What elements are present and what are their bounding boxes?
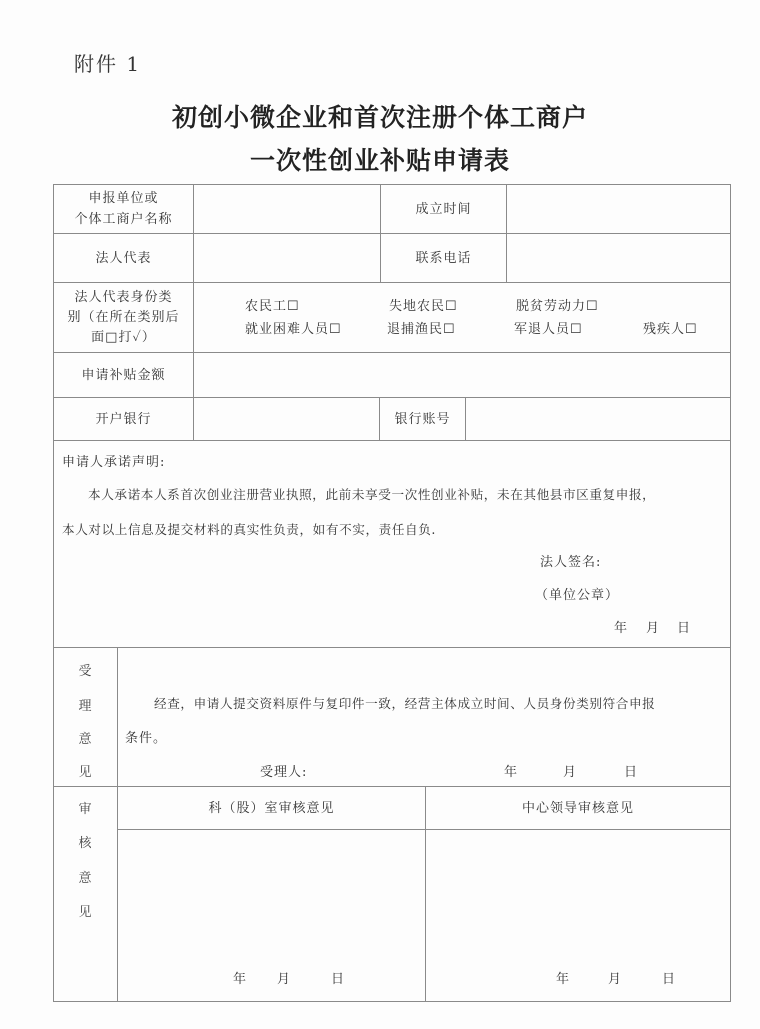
review-side-label-2: 核 xyxy=(75,832,95,851)
declaration-date-year: 年 xyxy=(614,617,628,636)
declaration-date-month: 月 xyxy=(646,617,660,636)
review-side-label-3: 意 xyxy=(75,867,95,886)
form-title-line1: 初创小微企业和首次注册个体工商户 xyxy=(0,98,760,134)
leader-review-date-day: 日 xyxy=(662,968,676,987)
table-border-right xyxy=(730,184,731,1001)
applicant-name-label: 申报单位或 个体工商户名称 xyxy=(54,185,193,233)
phone-field[interactable] xyxy=(507,234,730,282)
declaration-line2: 本人对以上信息及提交材料的真实性负责，如有不实，责任自负. xyxy=(62,519,436,538)
established-date-field[interactable] xyxy=(507,185,730,233)
phone-label: 联系电话 xyxy=(381,234,506,282)
form-title-line2: 一次性创业补贴申请表 xyxy=(0,141,760,177)
account-number-field[interactable] xyxy=(466,398,730,440)
subsidy-amount-label: 申请补贴金额 xyxy=(54,353,193,397)
legal-rep-label: 法人代表 xyxy=(54,234,193,282)
option-disabled[interactable]: 残疾人☐ xyxy=(643,318,698,337)
declaration-line1: 本人承诺本人系首次创业注册营业执照，此前未享受一次性创业补贴，未在其他县市区重复… xyxy=(88,484,655,503)
section-review-date-month: 月 xyxy=(277,968,291,987)
acceptance-opinion-line1: 经查，申请人提交资料原件与复印件一致，经营主体成立时间、人员身份类别符合申报 xyxy=(154,693,655,712)
signature-field[interactable] xyxy=(612,548,722,570)
leader-review-field[interactable] xyxy=(426,830,730,960)
leader-review-header: 中心领导审核意见 xyxy=(426,787,730,829)
row-divider xyxy=(53,647,731,648)
option-veteran[interactable]: 军退人员☐ xyxy=(514,318,583,337)
acceptance-date-year: 年 xyxy=(504,761,518,780)
table-border-bottom xyxy=(53,1001,731,1002)
signature-label: 法人签名: xyxy=(540,551,601,570)
label-line: 别（在所在类别后 xyxy=(67,308,179,328)
legal-rep-field[interactable] xyxy=(194,234,380,282)
section-review-date-day: 日 xyxy=(331,968,345,987)
row-divider xyxy=(53,440,731,441)
acceptance-side-label-4: 见 xyxy=(75,761,95,780)
acceptance-side-label-1: 受 xyxy=(75,660,95,679)
review-side-label-4: 见 xyxy=(75,901,95,920)
acceptance-date-day: 日 xyxy=(624,761,638,780)
review-side-label-1: 审 xyxy=(75,798,95,817)
option-landless-farmer[interactable]: 失地农民☐ xyxy=(389,295,458,314)
subsidy-amount-field[interactable] xyxy=(194,353,730,397)
label-line: 申报单位或 xyxy=(88,188,158,209)
applicant-name-field[interactable] xyxy=(194,185,380,233)
established-date-label: 成立时间 xyxy=(381,185,506,233)
section-review-header: 科（股）室审核意见 xyxy=(118,787,425,829)
seal-label: （单位公章） xyxy=(535,584,619,603)
option-employment-difficulty[interactable]: 就业困难人员☐ xyxy=(245,318,342,337)
bank-label: 开户银行 xyxy=(54,398,193,440)
acceptance-opinion-line2: 条件。 xyxy=(125,727,167,746)
handler-label: 受理人: xyxy=(260,761,307,780)
handler-field[interactable] xyxy=(320,757,470,779)
label-line: 个体工商户名称 xyxy=(74,209,172,230)
leader-review-date-month: 月 xyxy=(608,968,622,987)
bank-field[interactable] xyxy=(194,398,379,440)
option-migrant-worker[interactable]: 农民工☐ xyxy=(245,295,300,314)
attachment-label: 附件 1 xyxy=(74,48,141,77)
identity-category-label: 法人代表身份类 别（在所在类别后 面□打✓） xyxy=(54,283,193,352)
acceptance-side-label-2: 理 xyxy=(75,695,95,714)
acceptance-side-label-3: 意 xyxy=(75,728,95,747)
declaration-date-day: 日 xyxy=(677,617,691,636)
option-retired-fisherman[interactable]: 退捕渔民☐ xyxy=(387,318,456,337)
declaration-heading: 申请人承诺声明: xyxy=(62,451,165,470)
leader-review-date-year: 年 xyxy=(556,968,570,987)
section-review-date-year: 年 xyxy=(233,968,247,987)
account-number-label: 银行账号 xyxy=(380,398,465,440)
option-poverty-alleviated-labor[interactable]: 脱贫劳动力☐ xyxy=(516,295,599,314)
label-line: 面□打✓） xyxy=(91,328,156,348)
acceptance-date-month: 月 xyxy=(563,761,577,780)
label-line: 法人代表身份类 xyxy=(74,288,172,308)
section-review-field[interactable] xyxy=(118,830,425,960)
